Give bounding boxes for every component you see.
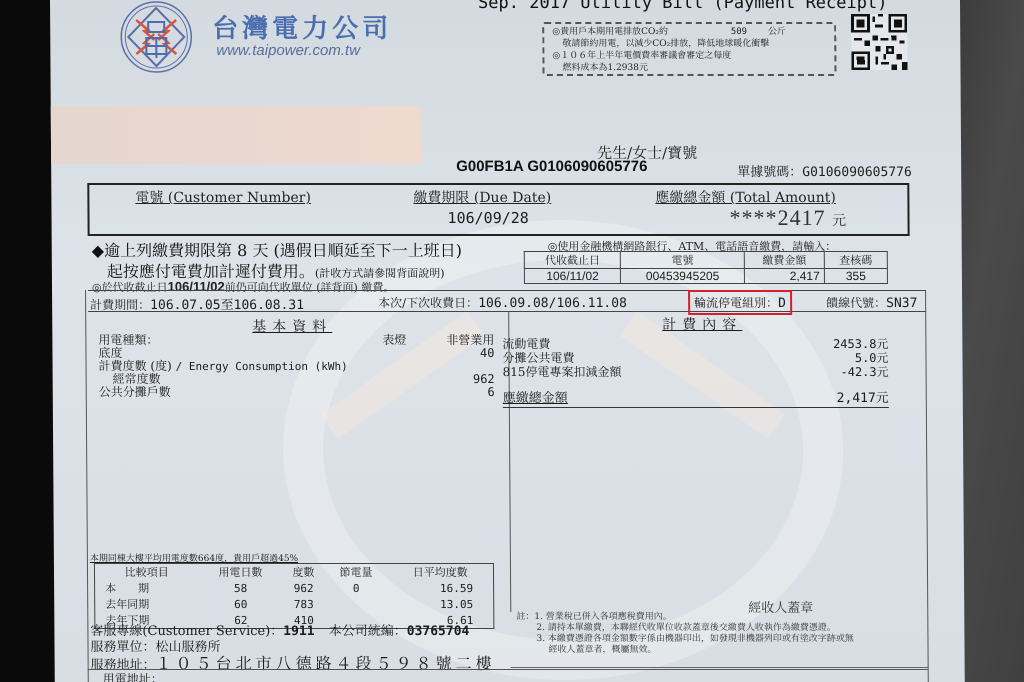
- outage-group-highlight: 輪流停電組別：D: [688, 290, 792, 315]
- company-url[interactable]: www.taipower.com.tw: [216, 42, 360, 59]
- company-name: 台灣電力公司: [212, 8, 392, 45]
- total-amount-label: 應繳總金額 (Total Amount): [655, 187, 836, 207]
- frame-line: [925, 290, 929, 682]
- notes: 註：1. 營業稅已併入各項應稅費用內。 2. 請持本單繳費，本聯經代收單位收款蓋…: [516, 612, 854, 656]
- redaction-strip: [51, 106, 421, 164]
- receipt-number: 單據號碼：G0106090605776: [737, 161, 912, 180]
- basic-info-title: 基本資料: [252, 316, 332, 336]
- taipower-logo-icon: [118, 0, 195, 74]
- frame-line: [85, 290, 89, 682]
- usage-comparison-table: 比較項目 用電日數 度數 節電量 日平均度數 本 期58962016.59 去年…: [94, 563, 494, 629]
- use-address-label: 用電地址：: [103, 670, 163, 682]
- feeder-code: 饋線代號：SN37: [826, 294, 917, 311]
- payment-channels-table: 代收截止日 電號 繳費金額 查核碼 106/11/02 00453945205 …: [524, 251, 888, 284]
- service-info: 客服專線(Customer Service)：1911 本公司統編：037657…: [90, 624, 495, 674]
- collection-dates: 本次/下次收費日：106.09.08/106.11.08: [378, 294, 627, 311]
- total-amount-value: ****2417 元: [729, 205, 847, 231]
- customer-number-label: 電號 (Customer Number): [135, 187, 311, 207]
- charges-title: 計費內容: [662, 314, 742, 334]
- divider: [88, 669, 928, 670]
- co2-notice: ◎貴用戶本期用電排放CO₂約 509 公斤 敬請節約用電，以減少CO₂排放，降低…: [542, 22, 836, 76]
- charge-item: 分攤公共電費5.0元: [502, 352, 888, 366]
- divider: [511, 667, 929, 668]
- summary-box: 電號 (Customer Number) 繳費期限 (Due Date) 106…: [87, 183, 909, 236]
- table-row: 本 期58962016.59: [95, 580, 494, 596]
- basic-info: 用電種類： 表燈 非營業用 底度40 計費度數 (度) / Energy Con…: [98, 334, 494, 399]
- billing-period-row: 計費期間：106.07.05至106.08.31 本次/下次收費日：106.09…: [88, 290, 926, 312]
- billing-period: 計費期間：106.07.05至106.08.31: [90, 294, 304, 313]
- table-row: 去年同期6078313.05: [95, 596, 494, 612]
- charge-item: 815停電專案扣減金額-42.3元: [503, 366, 889, 380]
- charges-list: 流動電費2453.8元 分攤公共電費5.0元 815停電專案扣減金額-42.3元…: [502, 338, 888, 408]
- utility-bill: 台灣電力公司 www.taipower.com.tw Sep. 2017 Uti…: [50, 0, 965, 682]
- qr-code-icon[interactable]: [850, 14, 908, 70]
- bill-title: Sep. 2017 Utility Bill (Payment Receipt): [478, 0, 888, 13]
- charge-total: 應繳總金額2,417元: [503, 392, 889, 408]
- late-fee-warning: ◆逾上列繳費期限第 8 天 (遇假日順延至下一上班日): [92, 238, 462, 261]
- account-code: G00FB1A G0106090605776: [456, 158, 647, 175]
- due-date-value: 106/09/28: [447, 209, 528, 227]
- charge-item: 流動電費2453.8元: [502, 338, 888, 352]
- due-date-label: 繳費期限 (Due Date): [413, 187, 551, 207]
